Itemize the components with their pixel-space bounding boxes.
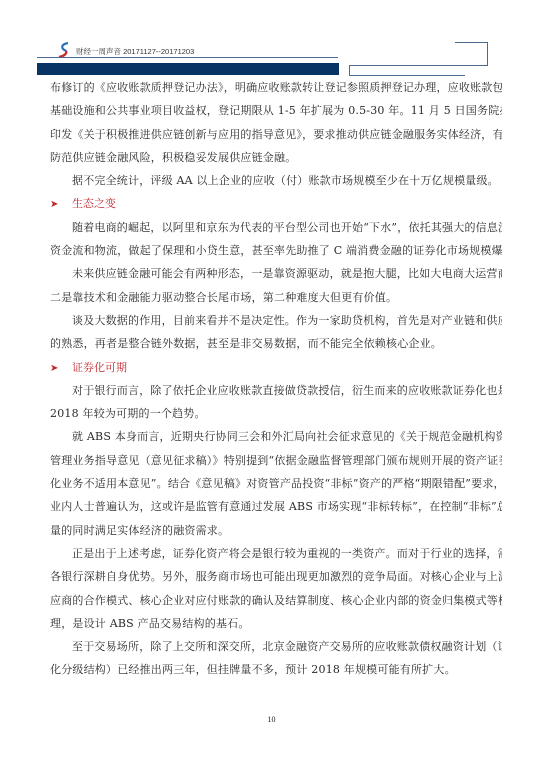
paragraph-line: 资金流和物流，做起了保理和小贷生意，甚至率先助推了 C 端消费金融的证券化市场规… [50, 239, 502, 262]
paragraph-line: 理，是设计 ABS 产品交易结构的基石。 [50, 612, 502, 635]
paragraph-line: 印发《关于积极推进供应链创新与应用的指导意见》，要求推动供应链金融服务实体经济，… [50, 123, 502, 146]
arrow-bullet-icon: ➤ [50, 357, 72, 380]
header-title: 财经一周声音 20171127--20171203 [76, 46, 194, 57]
header-box-frame [455, 42, 487, 43]
paragraph-line: 2018 年较为可期的一个趋势。 [50, 402, 502, 425]
paragraph-line: 量的同时满足实体经济的融资需求。 [50, 519, 502, 542]
paragraph-line: 二是靠技术和金融能力驱动整合长尾市场，第二种难度大但更有价值。 [50, 286, 502, 309]
paragraph-line: 化业务不适用本意见”。结合《意见稿》对资管产品投资“非标”资产的严格“期限错配”… [50, 472, 502, 495]
paragraph-line: 对于银行而言，除了依托企业应收账款直接做贷款授信，衍生而来的应收账款证券化也是 [50, 379, 502, 402]
paragraph-line: 防范供应链金融风险，积极稳妥发展供应链金融。 [50, 146, 502, 169]
paragraph-line: 基础设施和公共事业项目收益权，登记期限从 1-5 年扩展为 0.5-30 年。1… [50, 99, 502, 122]
section-heading-label: 证券化可期 [72, 361, 127, 374]
header-box-frame [349, 65, 488, 66]
paragraph-line: 应商的合作模式、核心企业对应付账款的确认及结算制度、核心企业内部的资金归集模式等… [50, 589, 502, 612]
header-box-frame [487, 42, 488, 66]
arrow-bullet-icon: ➤ [50, 193, 72, 216]
paragraph-line: 的熟悉，再者是整合链外数据，甚至是非交易数据，而不能完全依赖核心企业。 [50, 332, 502, 355]
paragraph-line: 业内人士普遍认为，这或许是监管有意通过发展 ABS 市场实现“非标转标”，在控制… [50, 495, 502, 518]
paragraph-line: 随着电商的崛起，以阿里和京东为代表的平台型公司也开始“下水”，依托其强大的信息流… [50, 216, 502, 239]
paragraph-line: 正是出于上述考虑，证券化资产将会是银行较为重视的一类资产。而对于行业的选择，需要 [50, 542, 502, 565]
section-heading-ecology: ➤生态之变 [50, 192, 502, 215]
header-box-frame [349, 65, 350, 75]
paragraph-line: 谈及大数据的作用，目前来看并不是决定性。作为一家助贷机构，首先是对产业链和供应链 [50, 309, 502, 332]
paragraph-line: 未来供应链金融可能会有两种形态，一是靠资源驱动，就是抱大腿，比如大电商大运营商； [50, 262, 502, 285]
header-divider [37, 57, 338, 58]
section-heading-label: 生态之变 [72, 197, 116, 210]
paragraph-line: 就 ABS 本身而言，近期央行协同三会和外汇局向社会征求意见的《关于规范金融机构… [50, 425, 502, 448]
swoosh-logo-icon [58, 42, 70, 58]
paragraph-line: 据不完全统计，评级 AA 以上企业的应收（付）账款市场规模至少在十万亿规模量级。 [50, 169, 502, 192]
page-number: 10 [0, 715, 543, 724]
header-bar [37, 63, 339, 75]
document-body: 布修订的《应收账款质押登记办法》，明确应收账款转让登记参照质押登记办理，应收账款… [50, 76, 502, 682]
paragraph-line: 化分级结构）已经推出两三年，但挂牌量不多，预计 2018 年规模可能有所扩大。 [50, 658, 502, 681]
section-heading-securitization: ➤证券化可期 [50, 356, 502, 379]
paragraph-line: 布修订的《应收账款质押登记办法》，明确应收账款转让登记参照质押登记办理，应收账款… [50, 76, 502, 99]
paragraph-line: 管理业务指导意见（意见征求稿）》特别提到“依据金融监督管理部门颁布规则开展的资产… [50, 449, 502, 472]
paragraph-line: 各银行深耕自身优势。另外，服务商市场也可能出现更加激烈的竞争局面。对核心企业与上… [50, 565, 502, 588]
paragraph-line: 至于交易场所，除了上交所和深交所，北京金融资产交易所的应收账款债权融资计划（证券 [50, 635, 502, 658]
